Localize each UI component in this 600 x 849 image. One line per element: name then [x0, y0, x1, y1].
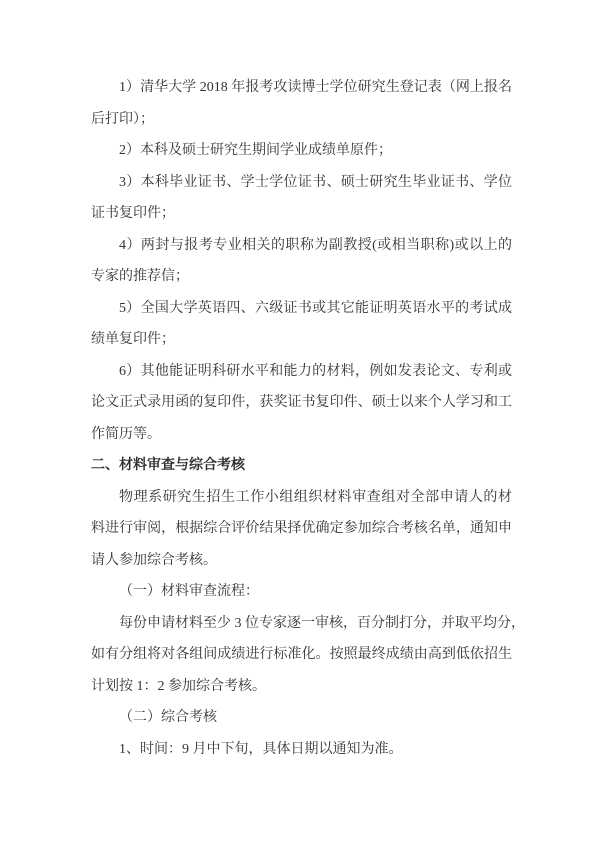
text-line: 证书复印件；: [91, 198, 512, 230]
text-line: 3）本科毕业证书、学士学位证书、硕士研究生毕业证书、学位: [91, 167, 512, 199]
text-line: 如有分组将对各组间成绩进行标准化。按照最终成绩由高到低依招生: [91, 639, 512, 671]
text-line: 专家的推荐信；: [91, 261, 512, 293]
text-line: 作简历等。: [91, 419, 512, 451]
paragraph: 1、时间：9 月中下旬，具体日期以通知为准。: [91, 734, 512, 766]
paragraph: 4）两封与报考专业相关的职称为副教授(或相当职称)或以上的专家的推荐信；: [91, 230, 512, 293]
paragraph: 6）其他能证明科研水平和能力的材料，例如发表论文、专利或论文正式录用函的复印件，…: [91, 356, 512, 451]
text-line: 物理系研究生招生工作小组组织材料审查组对全部申请人的材: [91, 482, 512, 514]
paragraph: 3）本科毕业证书、学士学位证书、硕士研究生毕业证书、学位证书复印件；: [91, 167, 512, 230]
text-line: （一）材料审查流程：: [91, 576, 512, 608]
paragraph: 物理系研究生招生工作小组组织材料审查组对全部申请人的材料进行审阅，根据综合评价结…: [91, 482, 512, 577]
text-line: 请人参加综合考核。: [91, 545, 512, 577]
paragraph: （一）材料审查流程：: [91, 576, 512, 608]
paragraph: 每份申请材料至少 3 位专家逐一审核，百分制打分，并取平均分，如有分组将对各组间…: [91, 608, 512, 703]
paragraph: （二）综合考核: [91, 702, 512, 734]
document-body: 1）清华大学 2018 年报考攻读博士学位研究生登记表（网上报名后打印）；2）本…: [91, 72, 512, 765]
text-line: 1）清华大学 2018 年报考攻读博士学位研究生登记表（网上报名: [91, 72, 512, 104]
text-line: 1、时间：9 月中下旬，具体日期以通知为准。: [91, 734, 512, 766]
text-line: 论文正式录用函的复印件，获奖证书复印件、硕士以来个人学习和工: [91, 387, 512, 419]
text-line: 料进行审阅，根据综合评价结果择优确定参加综合考核名单，通知申: [91, 513, 512, 545]
text-line: 每份申请材料至少 3 位专家逐一审核，百分制打分，并取平均分，: [91, 608, 512, 640]
text-line: 4）两封与报考专业相关的职称为副教授(或相当职称)或以上的: [91, 230, 512, 262]
text-line: 2）本科及硕士研究生期间学业成绩单原件；: [91, 135, 512, 167]
document-page: 1）清华大学 2018 年报考攻读博士学位研究生登记表（网上报名后打印）；2）本…: [0, 0, 600, 849]
text-line: （二）综合考核: [91, 702, 512, 734]
paragraph: 1）清华大学 2018 年报考攻读博士学位研究生登记表（网上报名后打印）；: [91, 72, 512, 135]
text-line: 5）全国大学英语四、六级证书或其它能证明英语水平的考试成: [91, 293, 512, 325]
section-heading: 二、材料审查与综合考核: [91, 450, 512, 482]
paragraph: 2）本科及硕士研究生期间学业成绩单原件；: [91, 135, 512, 167]
text-line: 6）其他能证明科研水平和能力的材料，例如发表论文、专利或: [91, 356, 512, 388]
text-line: 绩单复印件；: [91, 324, 512, 356]
paragraph: 5）全国大学英语四、六级证书或其它能证明英语水平的考试成绩单复印件；: [91, 293, 512, 356]
text-line: 计划按 1：2 参加综合考核。: [91, 671, 512, 703]
heading-line: 二、材料审查与综合考核: [91, 450, 512, 482]
text-line: 后打印）；: [91, 104, 512, 136]
